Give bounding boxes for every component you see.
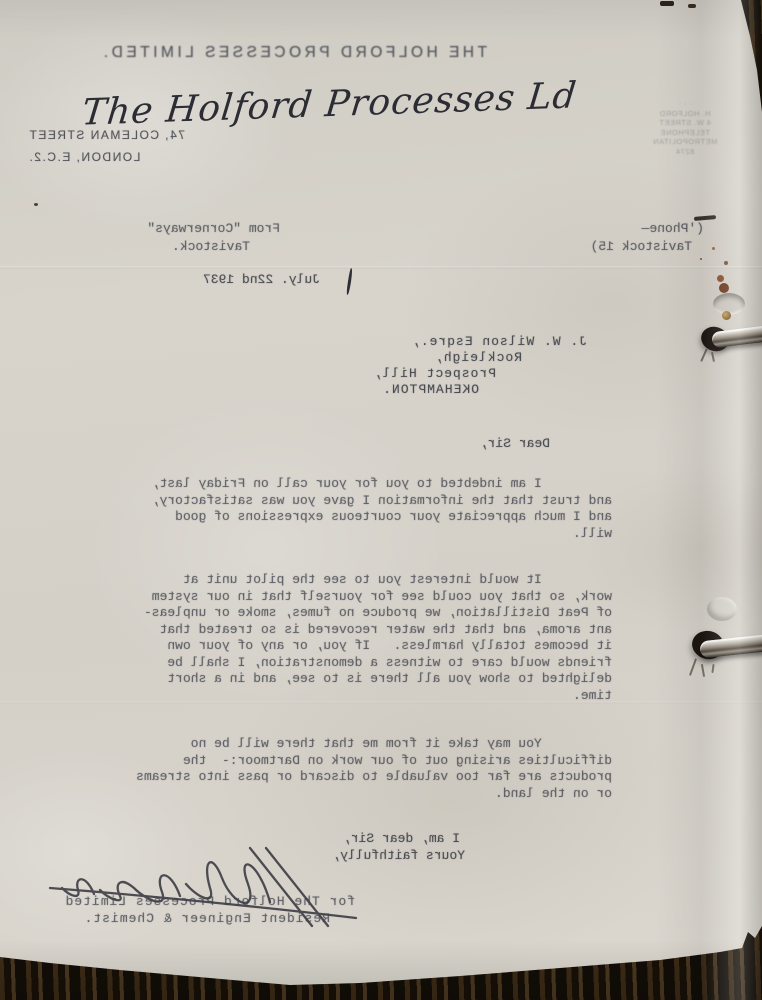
- recipient-house: Rockleigh,: [434, 350, 522, 367]
- address-city: LONDON, E.C.2.: [28, 150, 140, 164]
- body-paragraph-2: It would interest you to see the pilot u…: [144, 572, 612, 704]
- stamp-line: 4 W. STREET: [642, 118, 728, 128]
- signature-for-company: for The Holford Processes Limited: [65, 894, 355, 911]
- body-paragraph-1: I am indebted to you for your call on Fr…: [152, 476, 612, 542]
- signer-title: Resident Engineer & Chemist.: [84, 911, 330, 928]
- phone-number: Tavistock 15): [591, 239, 692, 256]
- from-residence: From "Cornerways": [147, 221, 280, 238]
- from-town: Tavistock.: [172, 239, 250, 256]
- photo-of-letter: THE HOLFORD PROCESSES LIMITED. 74, COLEM…: [0, 0, 762, 1000]
- punched-hole: [707, 597, 737, 621]
- stamp-line: 8274: [642, 147, 728, 157]
- stamp-line: H. HOLFORD: [642, 109, 728, 119]
- rust-stain: [719, 283, 729, 293]
- rust-stain: [712, 247, 715, 250]
- rust-stain: [717, 275, 724, 282]
- speck: [688, 4, 696, 8]
- speck: [34, 203, 38, 206]
- body-paragraph-3: You may take it from me that there will …: [136, 736, 612, 802]
- company-stamp: · · · H. HOLFORD 4 W. STREET TELEPHONE M…: [642, 99, 728, 156]
- stamp-line: METROPOLITAN: [642, 137, 728, 147]
- recipient-street: Prospect Hill,: [373, 366, 496, 383]
- stamp-line: · · ·: [642, 99, 728, 109]
- mirror-layer: THE HOLFORD PROCESSES LIMITED. 74, COLEM…: [0, 0, 762, 1000]
- brass-brad: [722, 311, 731, 320]
- recipient-town: OKEHAMPTON.: [382, 382, 479, 399]
- rust-stain: [724, 261, 728, 265]
- letter-date: July. 22nd 1937: [203, 272, 320, 289]
- salutation: Dear Sir,: [480, 436, 550, 453]
- letterhead-company-name: THE HOLFORD PROCESSES LIMITED.: [100, 44, 487, 62]
- speck: [660, 1, 674, 6]
- recipient-name: J. W. Wilson Esqre.,: [411, 334, 587, 351]
- rust-stain: [700, 258, 702, 260]
- phone-label: ('Phone—: [642, 221, 704, 238]
- stamp-line: TELEPHONE: [642, 128, 728, 138]
